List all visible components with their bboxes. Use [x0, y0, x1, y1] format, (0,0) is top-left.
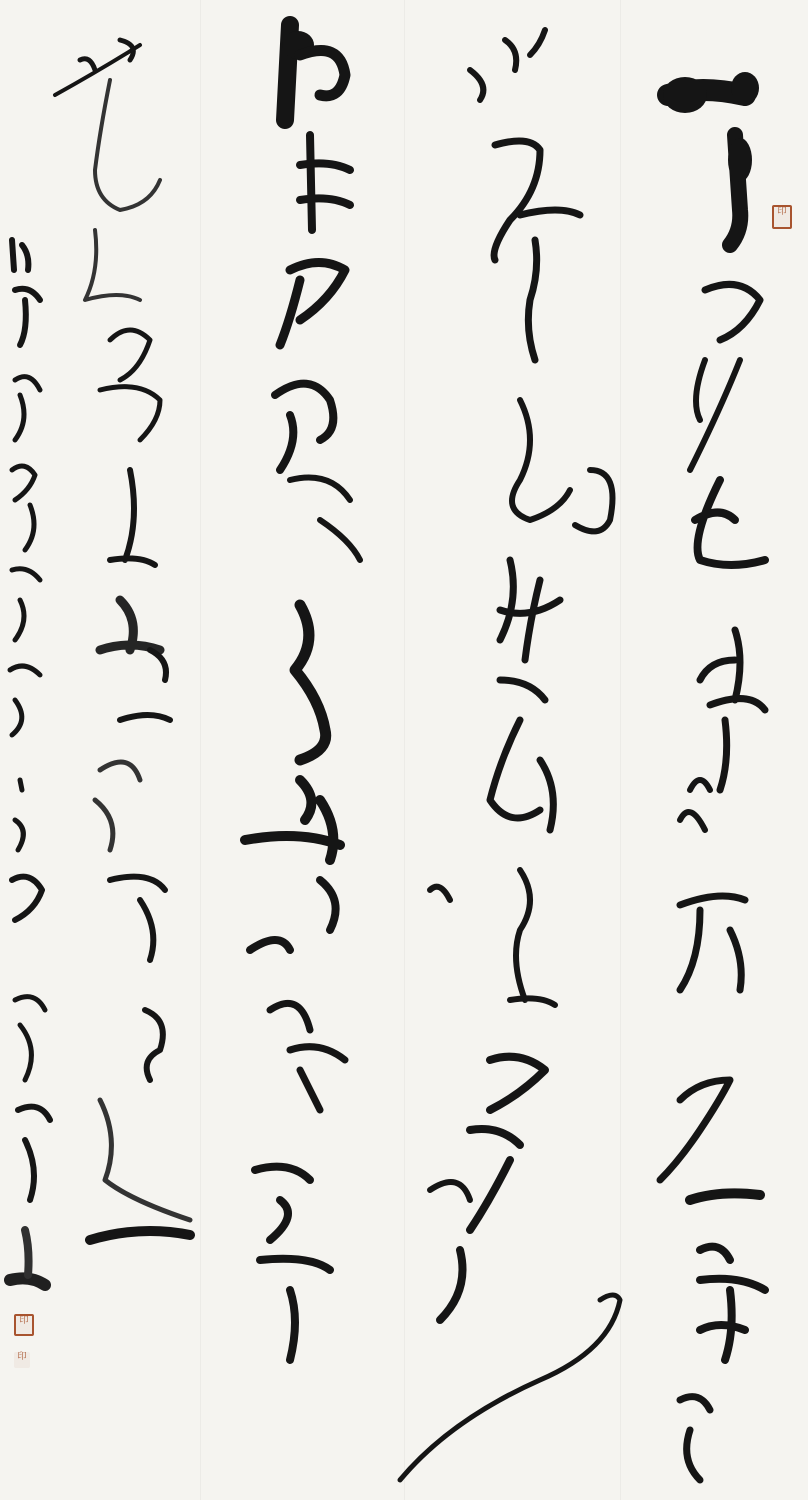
seal-signature-2: 印 [14, 1352, 30, 1368]
column-2 [430, 30, 613, 1320]
column-3 [245, 25, 620, 1480]
column-1 [660, 72, 765, 1480]
calligraphy-strokes [0, 0, 808, 1500]
seal-signature-1: 印 [14, 1314, 34, 1336]
seal-top-right: 印 [772, 205, 792, 229]
column-4 [55, 40, 190, 1240]
column-5-inscription [10, 240, 50, 1285]
